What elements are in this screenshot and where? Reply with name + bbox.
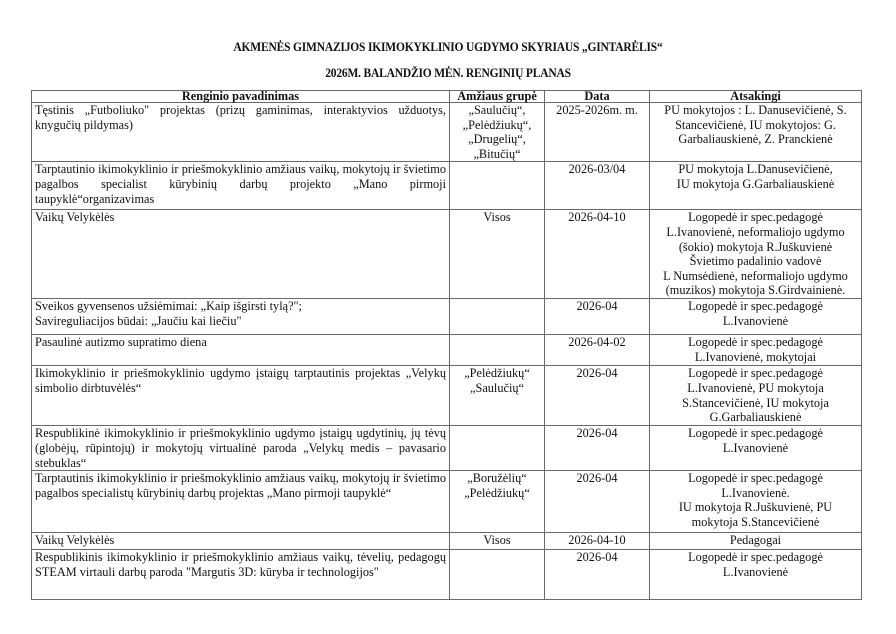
event-age-group bbox=[450, 162, 545, 210]
event-name: Respublikinė ikimokyklinio ir priešmokyk… bbox=[32, 426, 450, 471]
events-plan-table: Renginio pavadinimas Amžiaus grupė Data … bbox=[31, 90, 862, 600]
event-age-group bbox=[450, 299, 545, 335]
document-subtitle: 2026M. BALANDŽIO MĖN. RENGINIŲ PLANAS bbox=[36, 66, 860, 81]
table-row: Tarptautinio ikimokyklinio ir priešmokyk… bbox=[32, 162, 862, 210]
table-row: Tęstinis „Futboliuko" projektas (prizų g… bbox=[32, 103, 862, 162]
table-row: Respublikinė ikimokyklinio ir priešmokyk… bbox=[32, 426, 862, 471]
event-age-group: Visos bbox=[450, 533, 545, 550]
column-header-responsible: Atsakingi bbox=[650, 91, 862, 103]
event-age-group bbox=[450, 335, 545, 366]
event-age-group: „Pelėdžiukų“ „Saulučių“ bbox=[450, 366, 545, 426]
event-responsible: Logopedė ir spec.pedagogė L.Ivanovienė bbox=[650, 299, 862, 335]
event-name: Ikimokyklinio ir priešmokyklinio ugdymo … bbox=[32, 366, 450, 426]
event-date: 2026-04 bbox=[545, 471, 650, 533]
event-date: 2026-04 bbox=[545, 426, 650, 471]
table-row: Respublikinis ikimokyklinio ir priešmoky… bbox=[32, 550, 862, 600]
event-name: Respublikinis ikimokyklinio ir priešmoky… bbox=[32, 550, 450, 600]
event-responsible: Logopedė ir spec.pedagogė L.Ivanovienė, … bbox=[650, 210, 862, 299]
event-date: 2026-04-02 bbox=[545, 335, 650, 366]
event-date: 2026-04-10 bbox=[545, 533, 650, 550]
table-row: Vaikų Velykėlės Visos 2026-04-10 Logoped… bbox=[32, 210, 862, 299]
event-name: Tęstinis „Futboliuko" projektas (prizų g… bbox=[32, 103, 450, 162]
event-name: Tarptautinio ikimokyklinio ir priešmokyk… bbox=[32, 162, 450, 210]
event-age-group: „Saulučių“, „Pelėdžiukų“, „Drugelių“, „B… bbox=[450, 103, 545, 162]
event-date: 2026-04 bbox=[545, 299, 650, 335]
event-responsible: PU mokytoja L.Danusevičienė, IU mokytoja… bbox=[650, 162, 862, 210]
column-header-age-group: Amžiaus grupė bbox=[450, 91, 545, 103]
event-responsible: Logopedė ir spec.pedagogė L.Ivanovienė, … bbox=[650, 335, 862, 366]
event-age-group: „Boružėlių“ „Pelėdžiukų“ bbox=[450, 471, 545, 533]
table-row: Vaikų Velykėlės Visos 2026-04-10 Pedagog… bbox=[32, 533, 862, 550]
column-header-name: Renginio pavadinimas bbox=[32, 91, 450, 103]
column-header-date: Data bbox=[545, 91, 650, 103]
event-date: 2026-04 bbox=[545, 366, 650, 426]
event-date: 2026-03/04 bbox=[545, 162, 650, 210]
event-responsible: PU mokytojos : L. Danusevičienė, S. Stan… bbox=[650, 103, 862, 162]
event-date: 2025-2026m. m. bbox=[545, 103, 650, 162]
table-row: Pasaulinė autizmo supratimo diena 2026-0… bbox=[32, 335, 862, 366]
event-responsible: Logopedė ir spec.pedagogė L.Ivanovienė, … bbox=[650, 366, 862, 426]
event-name: Vaikų Velykėlės bbox=[32, 533, 450, 550]
event-age-group: Visos bbox=[450, 210, 545, 299]
event-date: 2026-04-10 bbox=[545, 210, 650, 299]
table-row: Tarptautinis ikimokyklinio ir priešmokyk… bbox=[32, 471, 862, 533]
event-name: Pasaulinė autizmo supratimo diena bbox=[32, 335, 450, 366]
event-responsible: Pedagogai bbox=[650, 533, 862, 550]
table-row: Ikimokyklinio ir priešmokyklinio ugdymo … bbox=[32, 366, 862, 426]
event-date: 2026-04 bbox=[545, 550, 650, 600]
table-row: Sveikos gyvensenos užsiėmimai: „Kaip išg… bbox=[32, 299, 862, 335]
event-responsible: Logopedė ir spec.pedagogė L.Ivanovienė bbox=[650, 550, 862, 600]
table-header-row: Renginio pavadinimas Amžiaus grupė Data … bbox=[32, 91, 862, 103]
event-responsible: Logopedė ir spec.pedagogė L.Ivanovienė bbox=[650, 426, 862, 471]
event-responsible: Logopedė ir spec.pedagogė L.Ivanovienė. … bbox=[650, 471, 862, 533]
event-age-group bbox=[450, 426, 545, 471]
document-title: AKMENĖS GIMNAZIJOS IKIMOKYKLINIO UGDYMO … bbox=[36, 40, 860, 55]
event-age-group bbox=[450, 550, 545, 600]
event-name: Sveikos gyvensenos užsiėmimai: „Kaip išg… bbox=[32, 299, 450, 335]
event-name: Tarptautinis ikimokyklinio ir priešmokyk… bbox=[32, 471, 450, 533]
event-name: Vaikų Velykėlės bbox=[32, 210, 450, 299]
